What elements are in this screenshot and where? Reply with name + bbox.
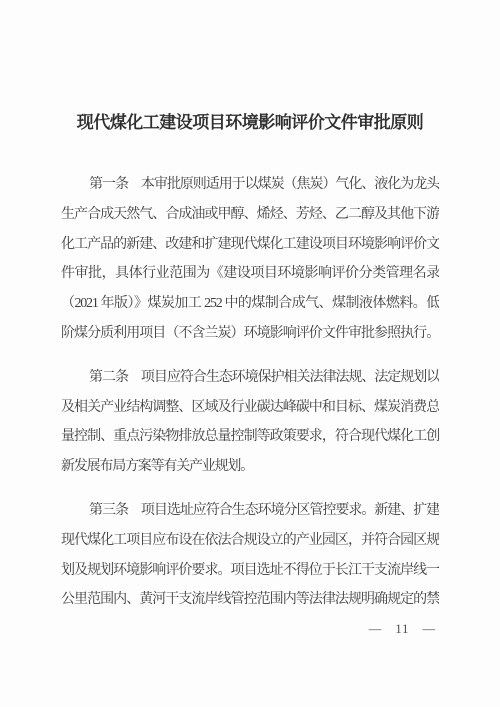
paragraph-line: 件审批，具体行业范围为《建设项目环境影响评价分类管理名录 (61, 259, 439, 289)
document-content: 现代煤化工建设项目环境影响评价文件审批原则 第一条 本审批原则适用于以煤炭（焦炭… (61, 112, 439, 629)
paragraph-line: 划及规划环境影响评价要求。项目选址不得位于长江干支流岸线一 (61, 556, 439, 586)
paragraph-line: 生产合成天然气、合成油或甲醇、烯烃、芳烃、乙二醇及其他下游 (61, 200, 439, 230)
paragraph-line: 量控制、重点污染物排放总量控制等政策要求，符合现代煤化工创 (61, 422, 439, 452)
paragraph-line: 第二条 项目应符合生态环境保护相关法律法规、法定规划以 (61, 363, 439, 393)
paragraph-article-2: 第二条 项目应符合生态环境保护相关法律法规、法定规划以 及相关产业结构调整、区域… (61, 363, 439, 482)
paragraph-line: 化工产品的新建、改建和扩建现代煤化工建设项目环境影响评价文 (61, 230, 439, 260)
paragraph-line: 公里范围内、黄河干支流岸线管控范围内等法律法规明确规定的禁 (61, 585, 439, 615)
document-title: 现代煤化工建设项目环境影响评价文件审批原则 (61, 112, 439, 134)
paragraph-line: 及相关产业结构调整、区域及行业碳达峰碳中和目标、煤炭消费总 (61, 393, 439, 423)
paragraph-line: 第一条 本审批原则适用于以煤炭（焦炭）气化、液化为龙头 (61, 170, 439, 200)
document-page: 现代煤化工建设项目环境影响评价文件审批原则 第一条 本审批原则适用于以煤炭（焦炭… (0, 0, 500, 707)
paragraph-article-1: 第一条 本审批原则适用于以煤炭（焦炭）气化、液化为龙头 生产合成天然气、合成油或… (61, 170, 439, 349)
paragraph-line: （2021 年版）》煤炭加工 252 中的煤制合成气、煤制液体燃料。低 (61, 289, 439, 319)
paragraph-line: 第三条 项目选址应符合生态环境分区管控要求。新建、扩建 (61, 496, 439, 526)
paragraph-article-3: 第三条 项目选址应符合生态环境分区管控要求。新建、扩建 现代煤化工项目应布设在依… (61, 496, 439, 615)
paragraph-line: 现代煤化工项目应布设在依法合规设立的产业园区，并符合园区规 (61, 526, 439, 556)
paragraph-line: 阶煤分质利用项目（不含兰炭）环境影响评价文件审批参照执行。 (61, 319, 439, 349)
paragraph-line: 新发展布局方案等有关产业规划。 (61, 452, 439, 482)
page-number: — 11 — (369, 622, 436, 637)
